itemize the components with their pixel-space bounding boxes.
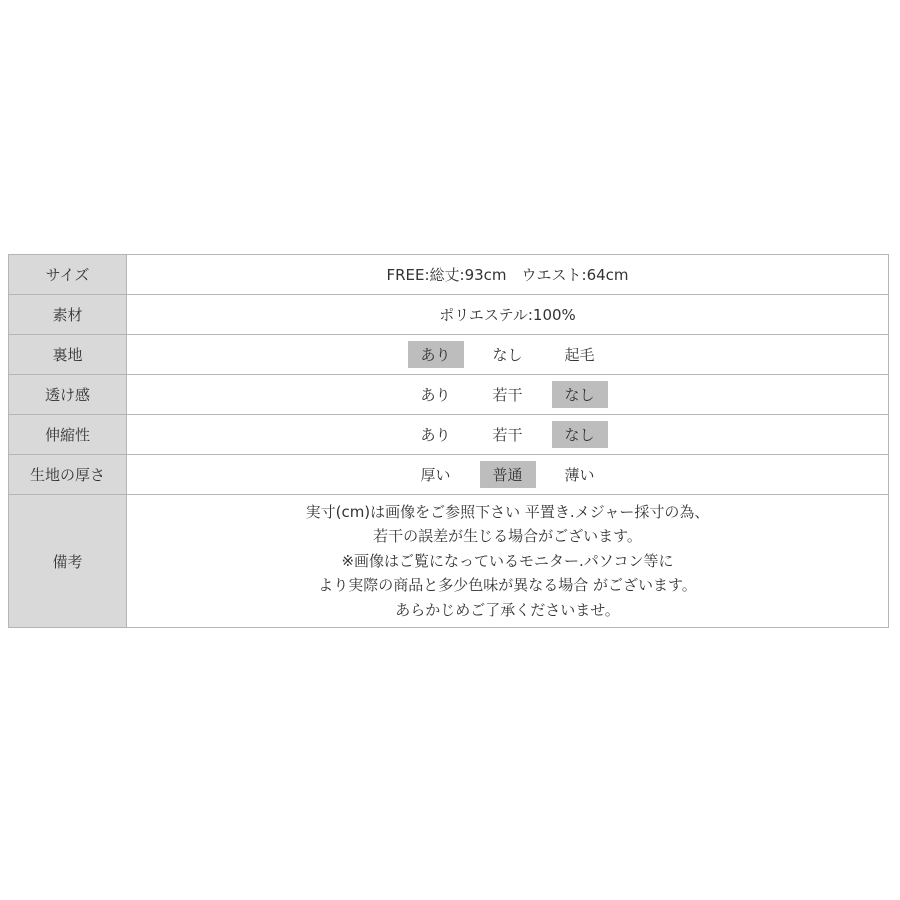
note-line: 若干の誤差が生じる場合がございます。 bbox=[127, 524, 888, 549]
spec-label: サイズ bbox=[9, 255, 127, 295]
spec-label: 生地の厚さ bbox=[9, 455, 127, 495]
note-line: ※画像はご覧になっているモニター.パソコン等に bbox=[127, 549, 888, 574]
note-line: より実際の商品と多少色味が異なる場合 がございます。 bbox=[127, 573, 888, 598]
option-selected: 普通 bbox=[480, 461, 536, 488]
product-spec-table: サイズ FREE:総丈:93cm ウエスト:64cm 素材 ポリエステル:100… bbox=[8, 254, 889, 628]
note-line: あらかじめご了承くださいませ。 bbox=[127, 598, 888, 623]
spec-label: 備考 bbox=[9, 495, 127, 628]
option: あり bbox=[408, 381, 464, 408]
spec-row-stretch: 伸縮性 あり 若干 なし bbox=[9, 415, 889, 455]
option: 若干 bbox=[480, 381, 536, 408]
spec-row-sheerness: 透け感 あり 若干 なし bbox=[9, 375, 889, 415]
option-selected: なし bbox=[552, 381, 608, 408]
spec-row-material: 素材 ポリエステル:100% bbox=[9, 295, 889, 335]
spec-options-lining: あり なし 起毛 bbox=[127, 335, 889, 375]
spec-row-notes: 備考 実寸(cm)は画像をご参照下さい 平置き.メジャー採寸の為、 若干の誤差が… bbox=[9, 495, 889, 628]
spec-options-stretch: あり 若干 なし bbox=[127, 415, 889, 455]
option-selected: なし bbox=[552, 421, 608, 448]
spec-options-sheerness: あり 若干 なし bbox=[127, 375, 889, 415]
option: 若干 bbox=[480, 421, 536, 448]
note-line: 実寸(cm)は画像をご参照下さい 平置き.メジャー採寸の為、 bbox=[127, 500, 888, 525]
spec-value-size: FREE:総丈:93cm ウエスト:64cm bbox=[127, 255, 889, 295]
option: 厚い bbox=[408, 461, 464, 488]
option: 薄い bbox=[552, 461, 608, 488]
option: なし bbox=[480, 341, 536, 368]
spec-row-lining: 裏地 あり なし 起毛 bbox=[9, 335, 889, 375]
spec-notes: 実寸(cm)は画像をご参照下さい 平置き.メジャー採寸の為、 若干の誤差が生じる… bbox=[127, 495, 889, 628]
spec-row-size: サイズ FREE:総丈:93cm ウエスト:64cm bbox=[9, 255, 889, 295]
option: あり bbox=[408, 421, 464, 448]
spec-label: 透け感 bbox=[9, 375, 127, 415]
spec-label: 裏地 bbox=[9, 335, 127, 375]
option-selected: あり bbox=[408, 341, 464, 368]
spec-row-thickness: 生地の厚さ 厚い 普通 薄い bbox=[9, 455, 889, 495]
spec-label: 素材 bbox=[9, 295, 127, 335]
spec-value-material: ポリエステル:100% bbox=[127, 295, 889, 335]
option: 起毛 bbox=[552, 341, 608, 368]
spec-options-thickness: 厚い 普通 薄い bbox=[127, 455, 889, 495]
spec-label: 伸縮性 bbox=[9, 415, 127, 455]
